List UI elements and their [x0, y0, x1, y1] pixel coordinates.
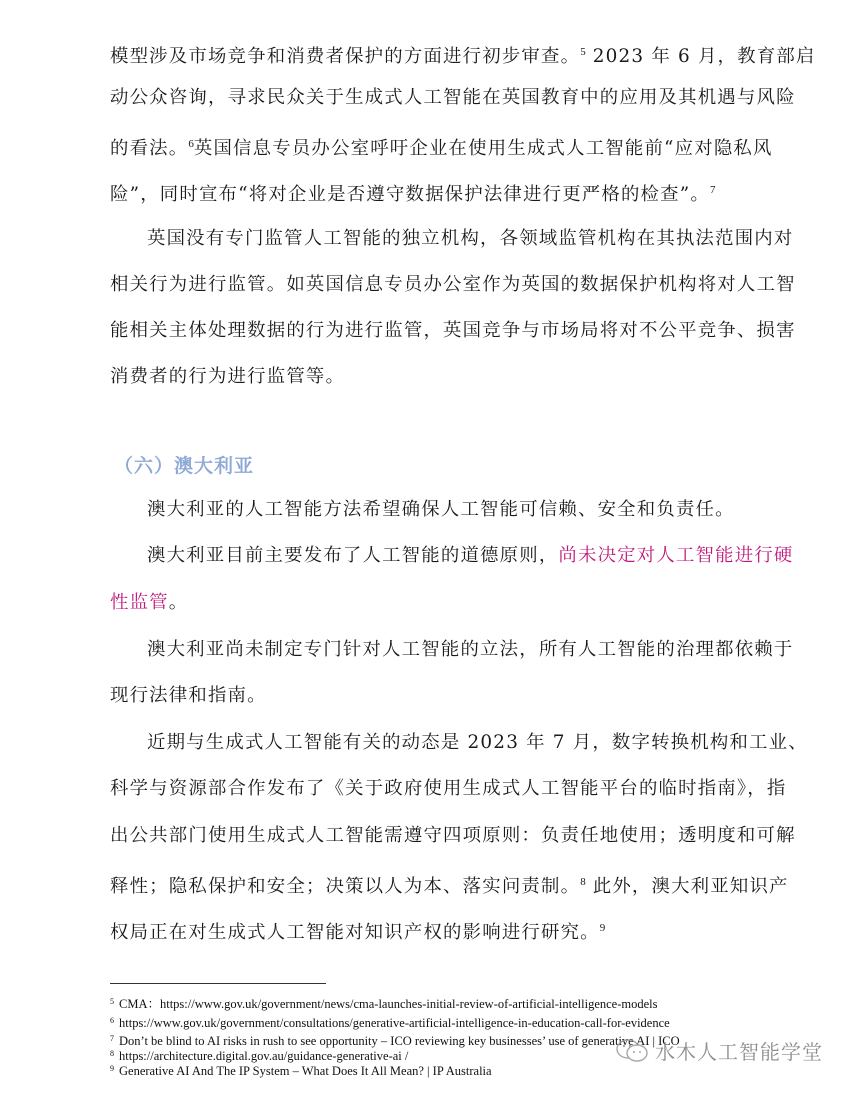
text: 的看法。 [110, 138, 188, 159]
paragraph-line: 权局正在对生成式人工智能对知识产权的影响进行研究。9 [110, 916, 605, 945]
paragraph-line: 科学与资源部合作发布了《关于政府使用生成式人工智能平台的临时指南》，指 [110, 777, 786, 801]
footnote-5: 5CMA：https://www.gov.uk/government/news/… [110, 994, 658, 1012]
paragraph-line: 澳大利亚的人工智能方法希望确保人工智能可信赖、安全和负责任。 [147, 498, 735, 522]
paragraph-line: 澳大利亚目前主要发布了人工智能的道德原则，尚未决定对人工智能进行硬 [147, 544, 794, 568]
paragraph-line: 动公众咨询，寻求民众关于生成式人工智能在英国教育中的应用及其机遇与风险 [110, 86, 796, 110]
footnote-text[interactable]: Generative AI And The IP System – What D… [119, 1064, 492, 1078]
footnote-number: 9 [110, 1064, 114, 1073]
footnote-6: 6https://www.gov.uk/government/consultat… [110, 1013, 670, 1031]
paragraph-line: 的看法。6英国信息专员办公室呼吁企业在使用生成式人工智能前“应对隐私风 [110, 132, 773, 161]
paragraph-line: 近期与生成式人工智能有关的动态是 2023 年 7 月，数字转换机构和工业、 [147, 731, 808, 755]
wechat-icon [615, 1038, 649, 1064]
highlighted-text: 尚未决定对人工智能进行硬 [558, 545, 793, 566]
text: 模型涉及市场竞争和消费者保护的方面进行初步审查。 [110, 46, 580, 67]
text: 权局正在对生成式人工智能对知识产权的影响进行研究。 [110, 922, 600, 943]
paragraph-line: 险”，同时宣布“将对企业是否遵守数据保护法律进行更严格的检查”。7 [110, 178, 715, 207]
footnote-ref-7[interactable]: 7 [710, 184, 716, 196]
paragraph-line: 澳大利亚尚未制定专门针对人工智能的立法，所有人工智能的治理都依赖于 [147, 638, 794, 662]
text: 此外，澳大利亚知识产 [586, 876, 789, 897]
footnote-number: 8 [110, 1049, 114, 1058]
text: 2023 年 6 月，教育部启 [586, 46, 816, 67]
text: 。 [169, 592, 189, 613]
text: 释性；隐私保护和安全；决策以人为本、落实问责制。 [110, 876, 580, 897]
footnote-number: 5 [110, 997, 114, 1006]
paragraph-line: 性监管。 [110, 591, 188, 615]
paragraph-line: 出公共部门使用生成式人工智能需遵守四项原则：负责任地使用；透明度和可解 [110, 824, 796, 848]
footnote-number: 6 [110, 1016, 114, 1025]
paragraph-line: 能相关主体处理数据的行为进行监管，英国竞争与市场局将对不公平竞争、损害 [110, 319, 796, 343]
footnote-separator [110, 983, 326, 984]
footnote-text[interactable]: CMA：https://www.gov.uk/government/news/c… [119, 997, 658, 1011]
watermark: 水木人工智能学堂 [615, 1036, 823, 1065]
text: 澳大利亚目前主要发布了人工智能的道德原则， [147, 545, 558, 566]
paragraph-line: 消费者的行为进行监管等。 [110, 365, 345, 389]
paragraph-line: 相关行为进行监管。如英国信息专员办公室作为英国的数据保护机构将对人工智 [110, 273, 796, 297]
footnote-number: 7 [110, 1034, 114, 1043]
watermark-text: 水木人工智能学堂 [655, 1036, 823, 1065]
footnote-text[interactable]: https://www.gov.uk/government/consultati… [119, 1016, 670, 1030]
text: 险”，同时宣布“将对企业是否遵守数据保护法律进行更严格的检查”。 [110, 184, 710, 205]
text: 英国信息专员办公室呼吁企业在使用生成式人工智能前“应对隐私风 [194, 138, 773, 159]
highlighted-text: 性监管 [110, 592, 169, 613]
paragraph-line: 英国没有专门监管人工智能的独立机构，各领域监管机构在其执法范围内对 [147, 227, 794, 251]
paragraph-line: 模型涉及市场竞争和消费者保护的方面进行初步审查。5 2023 年 6 月，教育部… [110, 40, 816, 69]
footnote-9: 9Generative AI And The IP System – What … [110, 1061, 492, 1079]
section-heading: （六）澳大利亚 [114, 451, 254, 478]
footnote-ref-9[interactable]: 9 [600, 922, 606, 934]
paragraph-line: 释性；隐私保护和安全；决策以人为本、落实问责制。8 此外，澳大利亚知识产 [110, 870, 789, 899]
paragraph-line: 现行法律和指南。 [110, 684, 267, 708]
